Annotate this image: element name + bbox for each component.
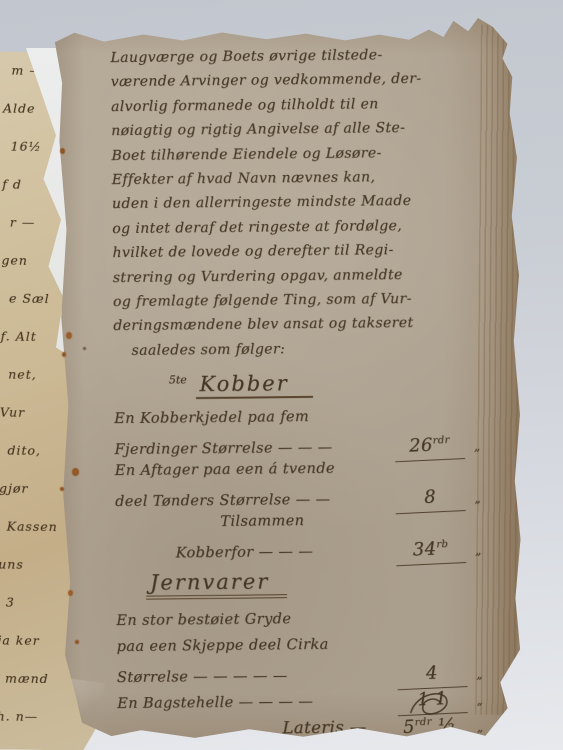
foxing-spot [60,148,65,154]
lateris-label: Lateris — [282,713,366,742]
foxing-spot [66,332,72,339]
item-line: Kobberfor — — — 34rb „ [115,532,481,562]
manuscript-page: Laugværge og Boets øvrige tilstede- være… [33,9,528,745]
ditto-mark: „ [467,687,483,713]
foxing-spot [60,487,64,491]
inventory-item: En Kobberkjedel paa fem Fjerdinger Størr… [114,402,481,458]
ditto-mark: „ [467,713,483,741]
section-heading-kobber: 5te Kobber [169,362,480,399]
item-line: Fjerdinger Størrelse — — — 26rdr „ [114,428,480,458]
section-heading-jernvarer: Jernvarer [146,564,482,602]
ditto-mark: „ [464,433,480,459]
foxing-spot [68,590,73,596]
item-line: deel Tønders Størrelse — — 8 „ [115,480,481,510]
section-title: Kobber [195,371,312,399]
handwritten-text: Laugværge og Boets øvrige tilstede- være… [110,42,483,740]
amount-value: 34 [412,538,437,560]
item-text: En Kobberkjedel paa fem [114,404,309,432]
item-amount: 26rdr [394,427,465,462]
foxing-spot [75,640,79,644]
item-text: En stor bestøiet Gryde [116,606,291,634]
photo-of-manuscript: m — Alde 16½ f d r — gen e Sæl f. Alt ne… [0,0,563,750]
item-line: Størrelse — — — — — 4 „ [117,656,483,686]
item-text: Størrelse — — — — — [117,663,288,691]
amount-value: 8 [424,486,437,508]
item-line: En stor bestøiet Gryde [116,604,482,634]
item-text: En Bagstehelle — — — — [117,689,313,717]
foxing-spot [72,468,79,476]
item-amount: 34rb [395,531,466,566]
ditto-mark: „ [467,661,483,687]
foxing-spot [83,347,86,350]
ditto-mark: „ [465,537,481,563]
item-amount: 8 [394,479,465,514]
ditto-mark: „ [465,485,481,511]
section-number: 5te [169,373,187,386]
foxing-spot [62,352,66,357]
amount-unit: rb [436,539,448,551]
item-text: paa een Skjeppe deel Cirka [116,632,328,660]
item-text: Tilsammen [220,508,304,535]
item-text: Kobberfor — — — [176,539,314,566]
item-line: paa een Skjeppe deel Cirka [116,630,482,660]
amount-value: 4 [426,662,439,684]
inventory-item: En Aftager paa een á tvende deel Tønders… [115,454,482,510]
paragraph-line: saaledes som følger: [113,335,479,363]
pen-flourish [407,686,455,722]
amount-unit: rdr [432,435,450,447]
inventory-item: En stor bestøiet Gryde paa een Skjeppe d… [116,604,483,686]
item-line: En Kobberkjedel paa fem [114,402,480,432]
amount-value: 26 [409,435,434,457]
item-text: En Aftager paa een á tvende [115,456,335,484]
inventory-subtotal: Tilsammen Kobberfor — — — 34rb „ [115,506,482,562]
section-title: Jernvarer [146,569,288,599]
